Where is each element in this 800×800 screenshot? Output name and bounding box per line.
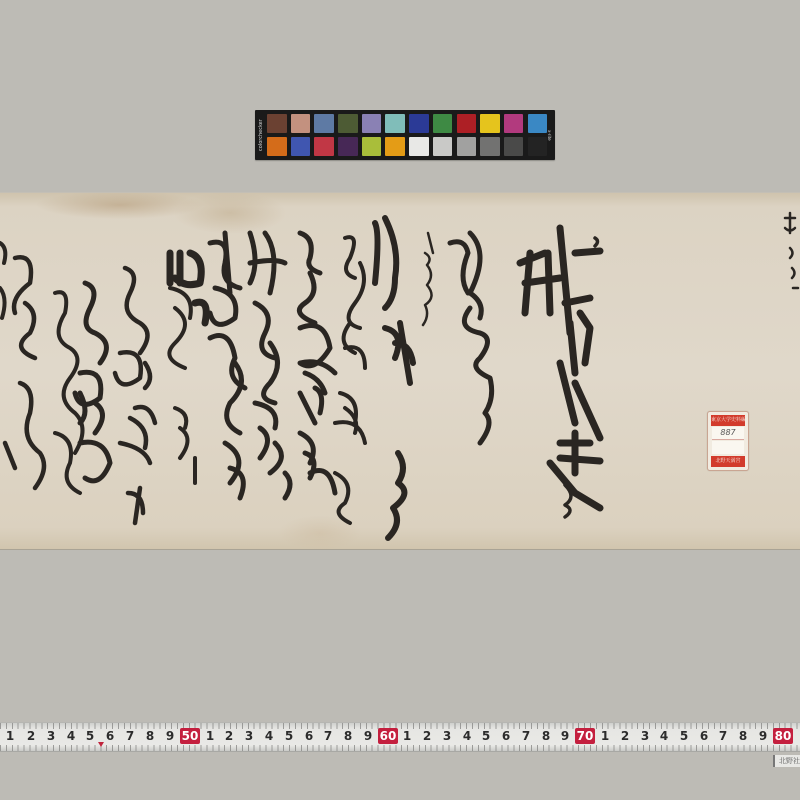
color-swatch bbox=[362, 137, 382, 156]
color-swatch bbox=[338, 137, 358, 156]
ruler-label: 4 bbox=[459, 728, 475, 744]
color-swatch bbox=[267, 114, 287, 133]
calligraphy-ink-strokes bbox=[0, 193, 800, 549]
ruler-label: 50 bbox=[180, 728, 200, 744]
collection-tag-blank-field bbox=[712, 441, 744, 454]
color-swatch bbox=[314, 137, 334, 156]
collection-tag-header: 東京大学史料編纂所 bbox=[711, 415, 745, 426]
color-swatch bbox=[480, 114, 500, 133]
ruler-label: 3 bbox=[637, 728, 653, 744]
ruler-label: 5 bbox=[281, 728, 297, 744]
color-swatch bbox=[409, 137, 429, 156]
ruler-label: 5 bbox=[676, 728, 692, 744]
color-swatch bbox=[385, 114, 405, 133]
color-swatch bbox=[433, 114, 453, 133]
ruler-label: 4 bbox=[63, 728, 79, 744]
ruler-label: 8 bbox=[340, 728, 356, 744]
color-swatch bbox=[314, 114, 334, 133]
ruler-label: 3 bbox=[439, 728, 455, 744]
color-swatch bbox=[409, 114, 429, 133]
ruler-label: 1 bbox=[2, 728, 18, 744]
collection-label-tag: 東京大学史料編纂所 887 北野天満宮 bbox=[707, 411, 749, 471]
ruler-label: 7 bbox=[320, 728, 336, 744]
measuring-ruler: 1234567895012345678960123456789701234567… bbox=[0, 722, 800, 752]
ruler-label: 4 bbox=[656, 728, 672, 744]
ruler-label: 2 bbox=[419, 728, 435, 744]
color-swatch bbox=[504, 137, 524, 156]
color-swatch bbox=[457, 137, 477, 156]
color-swatch bbox=[480, 137, 500, 156]
color-swatch bbox=[433, 137, 453, 156]
ruler-label: 1 bbox=[597, 728, 613, 744]
ruler-label: 9 bbox=[162, 728, 178, 744]
color-swatch bbox=[291, 114, 311, 133]
ruler-label: 6 bbox=[102, 728, 118, 744]
ruler-label: 6 bbox=[696, 728, 712, 744]
ruler-label: 5 bbox=[478, 728, 494, 744]
color-swatch bbox=[457, 114, 477, 133]
color-swatch bbox=[338, 114, 358, 133]
color-swatch bbox=[291, 137, 311, 156]
ruler-ticks-bottom bbox=[0, 745, 800, 751]
ruler-label: 8 bbox=[735, 728, 751, 744]
color-swatch bbox=[362, 114, 382, 133]
ruler-label: 8 bbox=[538, 728, 554, 744]
ruler-label: 6 bbox=[301, 728, 317, 744]
corner-label: 北野社 bbox=[773, 755, 800, 767]
color-swatch bbox=[385, 137, 405, 156]
ruler-label: 9 bbox=[360, 728, 376, 744]
collection-number: 887 bbox=[712, 427, 744, 440]
ruler-label: 7 bbox=[715, 728, 731, 744]
xrite-logo: x-rite bbox=[545, 118, 553, 152]
ruler-label: 70 bbox=[575, 728, 595, 744]
ruler-label: 3 bbox=[43, 728, 59, 744]
color-checker-brand: colorchecker bbox=[257, 114, 265, 156]
ruler-label: 60 bbox=[378, 728, 398, 744]
ruler-label: 80 bbox=[773, 728, 793, 744]
ruler-label: 2 bbox=[221, 728, 237, 744]
color-swatch bbox=[504, 114, 524, 133]
ruler-label: 6 bbox=[498, 728, 514, 744]
ruler-label: 5 bbox=[82, 728, 98, 744]
ruler-label: 1 bbox=[399, 728, 415, 744]
color-swatch-grid bbox=[267, 114, 547, 156]
color-swatch bbox=[267, 137, 287, 156]
calligraphy-scroll: 東京大学史料編纂所 887 北野天満宮 bbox=[0, 193, 800, 549]
ruler-label: 2 bbox=[617, 728, 633, 744]
ruler-label: 4 bbox=[261, 728, 277, 744]
ruler-label: 7 bbox=[518, 728, 534, 744]
ruler-label: 3 bbox=[241, 728, 257, 744]
ruler-label: 9 bbox=[557, 728, 573, 744]
ruler-label: 9 bbox=[755, 728, 771, 744]
ruler-label: 1 bbox=[202, 728, 218, 744]
ruler-label: 2 bbox=[23, 728, 39, 744]
collection-tag-footer: 北野天満宮 bbox=[711, 456, 745, 467]
ruler-label: 8 bbox=[142, 728, 158, 744]
color-checker-card: colorchecker x-rite bbox=[255, 110, 555, 160]
ruler-label: 7 bbox=[122, 728, 138, 744]
